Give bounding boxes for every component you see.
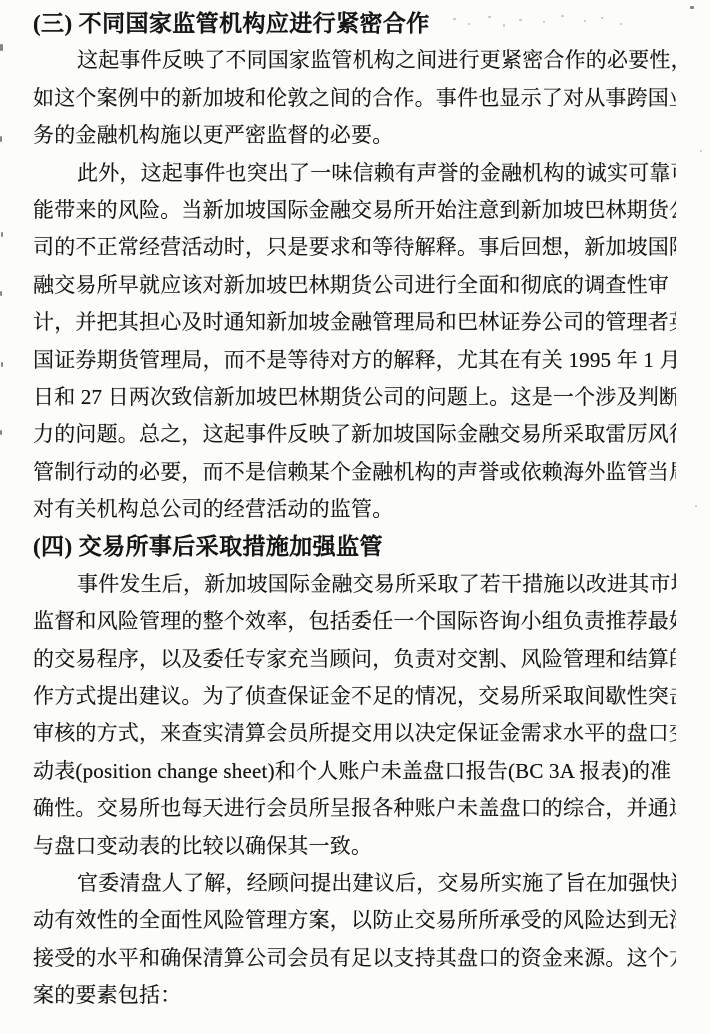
text-line: 司的不正常经营活动时，只是要求和等待解释。事后回想，新加坡国际金 (33, 229, 676, 266)
text-line: 确性。交易所也每天进行会员所呈报各种账户未盖盘口的综合，并通过 (33, 790, 676, 827)
text-line: 动表(position change sheet)和个人账户未盖盘口报告(BC … (33, 753, 676, 790)
text-line: 与盘口变动表的比较以确保其一致。 (33, 828, 676, 865)
text-line: 对有关机构总公司的经营活动的监管。 (33, 491, 676, 528)
text-line: 动有效性的全面性风险管理方案，以防止交易所所承受的风险达到无法 (33, 902, 676, 939)
text-line: 计，并把其担心及时通知新加坡金融管理局和巴林证券公司的管理者英 (33, 304, 676, 341)
text-line: 管制行动的必要，而不是信赖某个金融机构的声誉或依赖海外监管当局 (33, 454, 676, 491)
text-line: 务的金融机构施以更严密监督的必要。 (33, 117, 676, 154)
text-line: 如这个案例中的新加坡和伦敦之间的合作。事件也显示了对从事跨国业 (33, 80, 676, 117)
text-line: 审核的方式，来查实清算会员所提交用以决定保证金需求水平的盘口变 (33, 715, 676, 752)
text-line: 国证券期货管理局，而不是等待对方的解释，尤其在有关 1995 年 1 月 11 (33, 342, 676, 379)
scanned-document-page: { "document": { "language": "zh-CN", "ba… (0, 0, 710, 1034)
text-line: 的交易程序，以及委任专家充当顾问，负责对交割、风险管理和结算的运 (33, 641, 676, 678)
page-body: (三) 不同国家监管机构应进行紧密合作 这起事件反映了不同国家监管机构之间进行更… (0, 0, 710, 1034)
text-line: 接受的水平和确保清算公司会员有足以支持其盘口的资金来源。这个方 (33, 940, 676, 977)
text-line: 力的问题。总之，这起事件反映了新加坡国际金融交易所采取雷厉风行 (33, 416, 676, 453)
section-heading-3: (三) 不同国家监管机构应进行紧密合作 (33, 5, 676, 42)
text-line: 监督和风险管理的整个效率，包括委任一个国际咨询小组负责推荐最好 (33, 603, 676, 640)
text-line: 此外，这起事件也突出了一味信赖有声誉的金融机构的诚实可靠可 (33, 155, 676, 192)
text-line: 能带来的风险。当新加坡国际金融交易所开始注意到新加坡巴林期货公 (33, 192, 676, 229)
text-line: 事件发生后，新加坡国际金融交易所采取了若干措施以改进其市场 (33, 566, 676, 603)
text-line: 日和 27 日两次致信新加坡巴林期货公司的问题上。这是一个涉及判断 (33, 379, 676, 416)
text-line: 这起事件反映了不同国家监管机构之间进行更紧密合作的必要性， (33, 42, 676, 79)
text-line: 案的要素包括： (33, 977, 676, 1014)
text-line: 作方式提出建议。为了侦查保证金不足的情况，交易所采取间歇性突击 (33, 678, 676, 715)
text-line: 官委清盘人了解，经顾问提出建议后，交易所实施了旨在加强快速行 (33, 865, 676, 902)
section-heading-4: (四) 交易所事后采取措施加强监管 (33, 528, 676, 565)
text-line: 融交易所早就应该对新加坡巴林期货公司进行全面和彻底的调查性审 (33, 267, 676, 304)
